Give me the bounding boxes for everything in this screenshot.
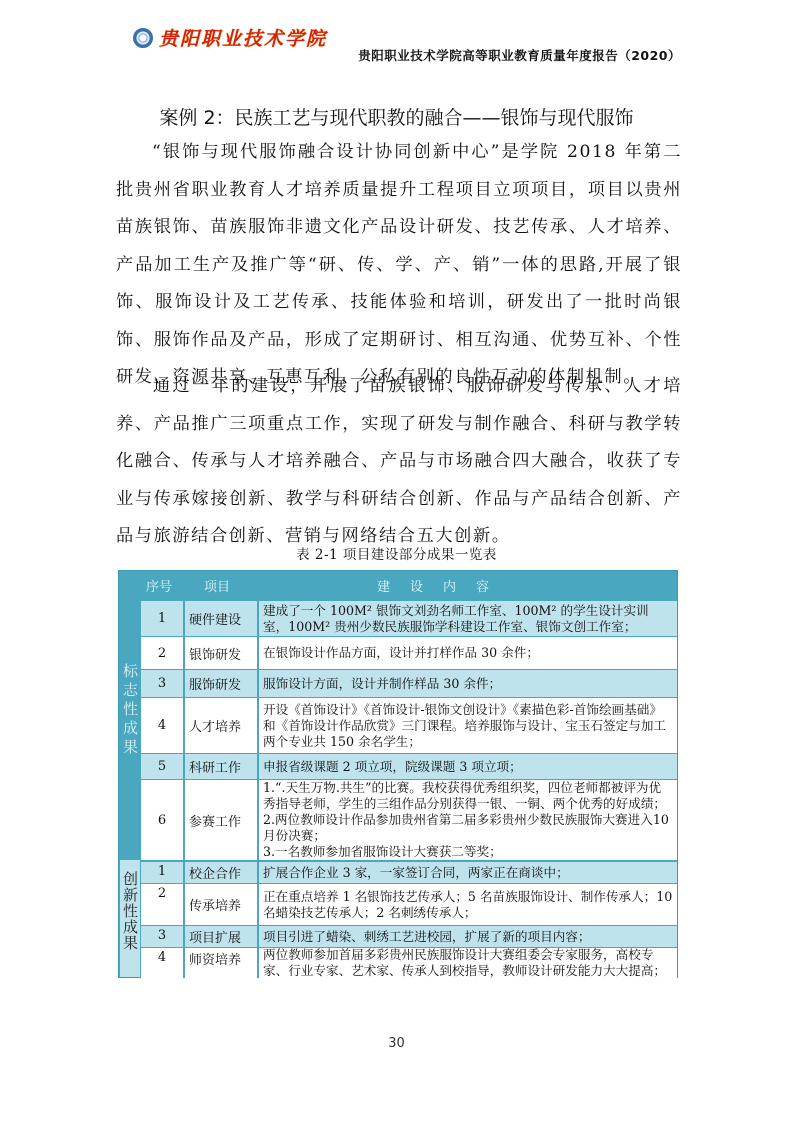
row-item: 硬件建设 xyxy=(185,601,259,636)
row-number: 1 xyxy=(141,601,185,636)
row-item: 参赛工作 xyxy=(185,780,259,860)
school-logo: 贵阳职业技术学院 xyxy=(133,24,327,51)
row-content: 服饰设计方面，设计并制作样品 30 余件； xyxy=(259,670,677,697)
row-content: 正在重点培养 1 名银饰技艺传承人；5 名苗族服饰设计、制作传承人；10 名蜡染… xyxy=(259,884,677,925)
row-item: 师资培养 xyxy=(185,948,259,978)
row-content: 1.“.天生万物.共生”的比赛。我校获得优秀组织奖，四位老师都被评为优秀指导老师… xyxy=(259,780,677,860)
row-number: 3 xyxy=(141,670,185,697)
case-title: 案例 2：民族工艺与现代职教的融合——银饰与现代服饰 xyxy=(0,103,793,130)
row-number: 6 xyxy=(141,780,185,860)
row-content: 两位教师参加首届多彩贵州民族服饰设计大赛组委会专家服务，高校专家、行业专家、艺术… xyxy=(259,948,677,978)
row-number: 3 xyxy=(141,926,185,947)
paragraph-1-text: “银饰与现代服饰融合设计协同创新中心”是学院 2018 年第二批贵州省职业教育人… xyxy=(116,142,682,387)
row-number: 4 xyxy=(141,948,185,978)
table-row: 3 项目扩展 项目引进了蜡染、刺绣工艺进校园，扩展了新的项目内容； xyxy=(141,925,677,947)
group-label-landmark: 标志性成果 xyxy=(119,663,141,763)
row-item: 科研工作 xyxy=(185,754,259,779)
header-divider xyxy=(118,66,681,67)
table-row: 2 银饰研发 在银饰设计作品方面，设计并打样作品 30 余件； xyxy=(141,636,677,669)
row-item: 项目扩展 xyxy=(185,926,259,947)
school-name-calligraphy: 贵阳职业技术学院 xyxy=(159,24,327,51)
school-emblem-icon xyxy=(133,28,153,48)
row-content: 申报省级课题 2 项立项，院级课题 3 项立项； xyxy=(259,754,677,779)
group-label-innovation: 创新性成果 xyxy=(119,871,141,956)
table-row: 5 科研工作 申报省级课题 2 项立项，院级课题 3 项立项； xyxy=(141,753,677,779)
row-number: 5 xyxy=(141,754,185,779)
table-row: 1 校企合作 扩展合作企业 3 家，一家签订合同，两家正在商谈中； xyxy=(141,861,677,883)
row-number: 1 xyxy=(141,862,185,883)
row-content: 建成了一个 100M² 银饰文刘劲名师工作室、100M² 的学生设计实训室，10… xyxy=(259,601,677,636)
table-row: 4 师资培养 两位教师参加首届多彩贵州民族服饰设计大赛组委会专家服务，高校专家、… xyxy=(141,947,677,978)
row-content: 在银饰设计作品方面，设计并打样作品 30 余件； xyxy=(259,637,677,669)
row-content: 项目引进了蜡染、刺绣工艺进校园，扩展了新的项目内容； xyxy=(259,926,677,947)
table-row: 6 参赛工作 1.“.天生万物.共生”的比赛。我校获得优秀组织奖，四位老师都被评… xyxy=(141,779,677,860)
results-table: 序号 项目 建设内容 标志性成果 创新性成果 1 硬件建设 建成了一个 100M… xyxy=(118,570,678,978)
row-number: 2 xyxy=(141,637,185,669)
table-caption: 表 2-1 项目建设部分成果一览表 xyxy=(0,543,793,563)
report-title: 贵阳职业技术学院高等职业教育质量年度报告（2020） xyxy=(358,46,681,64)
paragraph-2-text: 通过一年的建设，开展了苗族银饰、服饰研发与传承、人才培养、产品推广三项重点工作，… xyxy=(116,376,682,546)
table-row: 2 传承培养 正在重点培养 1 名银饰技艺传承人；5 名苗族服饰设计、制作传承人… xyxy=(141,883,677,925)
row-content: 扩展合作企业 3 家，一家签订合同，两家正在商谈中； xyxy=(259,862,677,883)
header-item: 项目 xyxy=(204,576,230,595)
row-item: 校企合作 xyxy=(185,862,259,883)
row-item: 银饰研发 xyxy=(185,637,259,669)
paragraph-1: “银饰与现代服饰融合设计协同创新中心”是学院 2018 年第二批贵州省职业教育人… xyxy=(116,134,682,397)
row-item: 服饰研发 xyxy=(185,670,259,697)
row-number: 2 xyxy=(141,884,185,925)
header-seq: 序号 xyxy=(146,576,172,595)
table-row: 1 硬件建设 建成了一个 100M² 银饰文刘劲名师工作室、100M² 的学生设… xyxy=(141,600,677,636)
row-number: 4 xyxy=(141,698,185,753)
row-content: 开设《首饰设计》《首饰设计-银饰文创设计》《素描色彩-首饰绘画基础》和《首饰设计… xyxy=(259,698,677,753)
row-item: 人才培养 xyxy=(185,698,259,753)
table-header: 序号 项目 建设内容 xyxy=(119,571,677,599)
table-row: 4 人才培养 开设《首饰设计》《首饰设计-银饰文创设计》《素描色彩-首饰绘画基础… xyxy=(141,697,677,753)
table-row: 3 服饰研发 服饰设计方面，设计并制作样品 30 余件； xyxy=(141,669,677,697)
row-item: 传承培养 xyxy=(185,884,259,925)
header-content: 建设内容 xyxy=(377,576,509,595)
page-number: 30 xyxy=(0,1036,793,1051)
page-header: 贵阳职业技术学院 贵阳职业技术学院高等职业教育质量年度报告（2020） xyxy=(0,0,793,75)
paragraph-2: 通过一年的建设，开展了苗族银饰、服饰研发与传承、人才培养、产品推广三项重点工作，… xyxy=(116,368,682,556)
